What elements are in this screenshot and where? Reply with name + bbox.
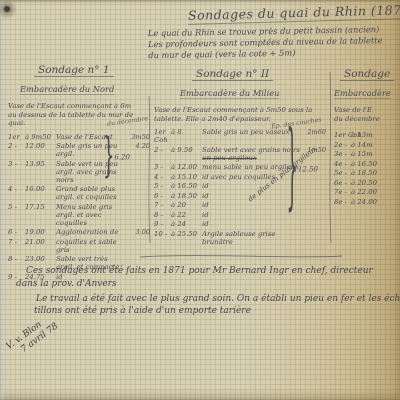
sondage-3-table: 1er Cohà 13m2e -à 14m3e -à 15m4e -à 16.5… — [334, 131, 400, 206]
sondage-2-subheading: Embarcadère du Milieu — [180, 88, 279, 99]
table-row: 7 -à 20id — [154, 201, 326, 209]
table-row: 1er Cohà 13m — [334, 131, 400, 139]
layer-description: Sable vert un peu argil. avec grains noi… — [56, 160, 125, 184]
row-number: 7 - — [8, 238, 25, 246]
table-row: 6 -19.00Agglomération de3.00 — [8, 228, 150, 236]
row-number: 8 - — [154, 211, 171, 219]
thickness-value: 3m50 — [125, 133, 150, 141]
row-number: 5 - — [8, 203, 25, 211]
row-number: 3 - — [154, 163, 171, 171]
table-row: 6 -à 18.50id — [154, 192, 326, 200]
table-row: 4 -16.00Grand sable plus argil. et coqui… — [8, 185, 150, 201]
sondage-3-date-label: du décembre — [334, 115, 380, 123]
sondage-3-note: Vase de l'E du décembre — [334, 106, 400, 123]
table-row: 8 -à 22id — [154, 211, 326, 219]
depth-value: à 20 — [171, 201, 202, 209]
footer-text-3: Le travail a été fait avec le plus grand… — [36, 294, 400, 304]
row-number: 3e - — [334, 150, 351, 158]
table-row: 3e -à 15m — [334, 150, 400, 158]
sondage-3-section: Sondage Embarcadère Vase de l'E du décem… — [334, 62, 400, 207]
row-number: 1er Coh — [334, 131, 351, 139]
row-number: 6 - — [8, 228, 25, 236]
sondage-3-note-line: Vase de l'E — [334, 106, 372, 114]
table-row: 2 -12.00Sable gris un peu argil.4.20 — [8, 142, 150, 158]
layer-description: Sable gris un peu vaseux — [202, 128, 301, 136]
footer-text-2: dans la prov. d'Anvers — [16, 279, 117, 289]
table-row: 10 -à 25.50Argile sableuse grise brunâtr… — [154, 230, 326, 246]
table-row: 4e -à 16.50 — [334, 160, 400, 168]
table-row: 4 -à 15.10id avec peu coquilles — [154, 173, 326, 181]
layer-description: Argile sableuse grise brunâtre — [202, 230, 301, 246]
sondage-1-table: 1erà 9m50Vase de l'Escaut3m502 -12.00Sab… — [8, 133, 150, 281]
row-number: 2e - — [334, 141, 351, 149]
sondage-1-heading: Sondage n° 1 — [34, 64, 114, 77]
sondage-2-table: 1er Cohà 8.Sable gris un peu vaseux2m602… — [154, 128, 326, 246]
row-number: 6 - — [154, 192, 171, 200]
layer-description: Vase de l'Escaut — [56, 133, 125, 141]
sondage-2-heading: Sondage n° II — [192, 68, 273, 81]
document-page: Sondages du quai du Rhin (1871) Le quai … — [0, 0, 400, 400]
layer-description: Sable vert avec grains noirsun peu argil… — [202, 146, 301, 162]
depth-value: à 8. — [171, 128, 202, 136]
depth-value: à 24 — [171, 220, 202, 228]
table-row: 5 -à 16.50id — [154, 182, 326, 190]
row-number: 9 - — [154, 220, 171, 228]
footer-text-1: Ces sondages ont été faits en 1871 pour … — [26, 266, 373, 276]
table-row: 3 -13.95Sable vert un peu argil. avec gr… — [8, 160, 150, 184]
layer-description: coquilles et sable gris — [56, 238, 125, 254]
depth-value: à 18.50 — [351, 169, 382, 177]
depth-value: 13.95 — [25, 160, 56, 168]
depth-value: à 16.50 — [171, 182, 202, 190]
depth-value: à 9m50 — [25, 133, 56, 141]
row-number: 1er — [8, 133, 25, 141]
footer-text-4: tillons ont été pris à l'aide d'un empor… — [34, 306, 251, 316]
depth-value: à 12.60 — [171, 163, 202, 171]
depth-value: 16.00 — [25, 185, 56, 193]
struck-text: un peu argileux — [202, 154, 257, 162]
row-number: 5e - — [334, 169, 351, 177]
layer-description: Agglomération de — [56, 228, 125, 236]
sondage-3-heading: Sondage — [340, 68, 394, 81]
depth-value: à 24.00 — [351, 198, 382, 206]
depth-value: 17.15 — [25, 203, 56, 211]
depth-value: à 14m — [351, 141, 382, 149]
row-number: 4 - — [8, 185, 25, 193]
depth-value: à 15.10 — [171, 173, 202, 181]
sondage-1-subheading: Embarcadère du Nord — [20, 84, 114, 95]
table-row: 5 -17.15Menu sable gris argil. et avec c… — [8, 203, 150, 227]
layer-description: id — [202, 182, 301, 190]
table-row: 7 -21.00coquilles et sable gris — [8, 238, 150, 254]
layer-description: Grand sable plus argil. et coquilles — [56, 185, 125, 201]
row-number: 8 - — [8, 255, 25, 263]
depth-value: 19.00 — [25, 228, 56, 236]
row-number: 2 - — [8, 142, 25, 150]
row-number: 5 - — [154, 182, 171, 190]
row-number: 4 - — [154, 173, 171, 181]
table-row: 7e -à 22.00 — [334, 188, 400, 196]
row-number: 4e - — [334, 160, 351, 168]
row-number: 2 - — [154, 146, 171, 154]
row-number: 10 - — [154, 230, 171, 238]
sondage-2-section: Sondage n° II Embarcadère du Milieu Vase… — [154, 62, 326, 247]
table-row: 2e -à 14m — [334, 141, 400, 149]
layer-description: id — [202, 211, 301, 219]
row-number: 3 - — [8, 160, 25, 168]
row-number: 1er Coh — [154, 128, 171, 144]
table-row: 1er Cohà 8.Sable gris un peu vaseux2m60 — [154, 128, 326, 144]
depth-value: à 18.50 — [171, 192, 202, 200]
depth-value: 23.00 — [25, 255, 56, 263]
depth-value: à 15m — [351, 150, 382, 158]
sondage-3-subheading: Embarcadère — [334, 88, 391, 99]
layer-description: id — [202, 220, 301, 228]
table-row: 5e -à 18.50 — [334, 169, 400, 177]
row-number: 6e - — [334, 179, 351, 187]
depth-value: à 22.00 — [351, 188, 382, 196]
layer-description: Sable gris un peu argil. — [56, 142, 125, 158]
table-row: 9 -à 24id — [154, 220, 326, 228]
thickness-value: 3.00 — [125, 228, 150, 236]
page-title: Sondages du quai du Rhin (1871) — [188, 2, 400, 25]
sondage-1-section: Sondage n° 1 Embarcadère du Nord Vase de… — [8, 58, 150, 282]
signature: V. v. Blon 7 avril 78 — [5, 312, 61, 361]
layer-description: Menu sable gris argil. et avec coquilles — [56, 203, 125, 227]
row-number: 8e - — [334, 198, 351, 206]
thickness-value: 2m60 — [301, 128, 326, 136]
row-number: 7e - — [334, 188, 351, 196]
depth-value: 21.00 — [25, 238, 56, 246]
depth-value: à 25.50 — [171, 230, 202, 238]
depth-value: à 20.50 — [351, 179, 382, 187]
depth-value: à 13m — [351, 131, 382, 139]
depth-value: à 22 — [171, 211, 202, 219]
subtitle: Le quai du Rhin se trouve près du petit … — [148, 24, 399, 61]
thickness-value: 4.20 — [125, 142, 150, 150]
row-number: 7 - — [154, 201, 171, 209]
depth-value: à 9.50 — [171, 146, 202, 154]
depth-value: 12.00 — [25, 142, 56, 150]
table-row: 1erà 9m50Vase de l'Escaut3m50 — [8, 133, 150, 141]
depth-value: à 16.50 — [351, 160, 382, 168]
table-row: 8e -à 24.00 — [334, 198, 400, 206]
table-row: 6e -à 20.50 — [334, 179, 400, 187]
